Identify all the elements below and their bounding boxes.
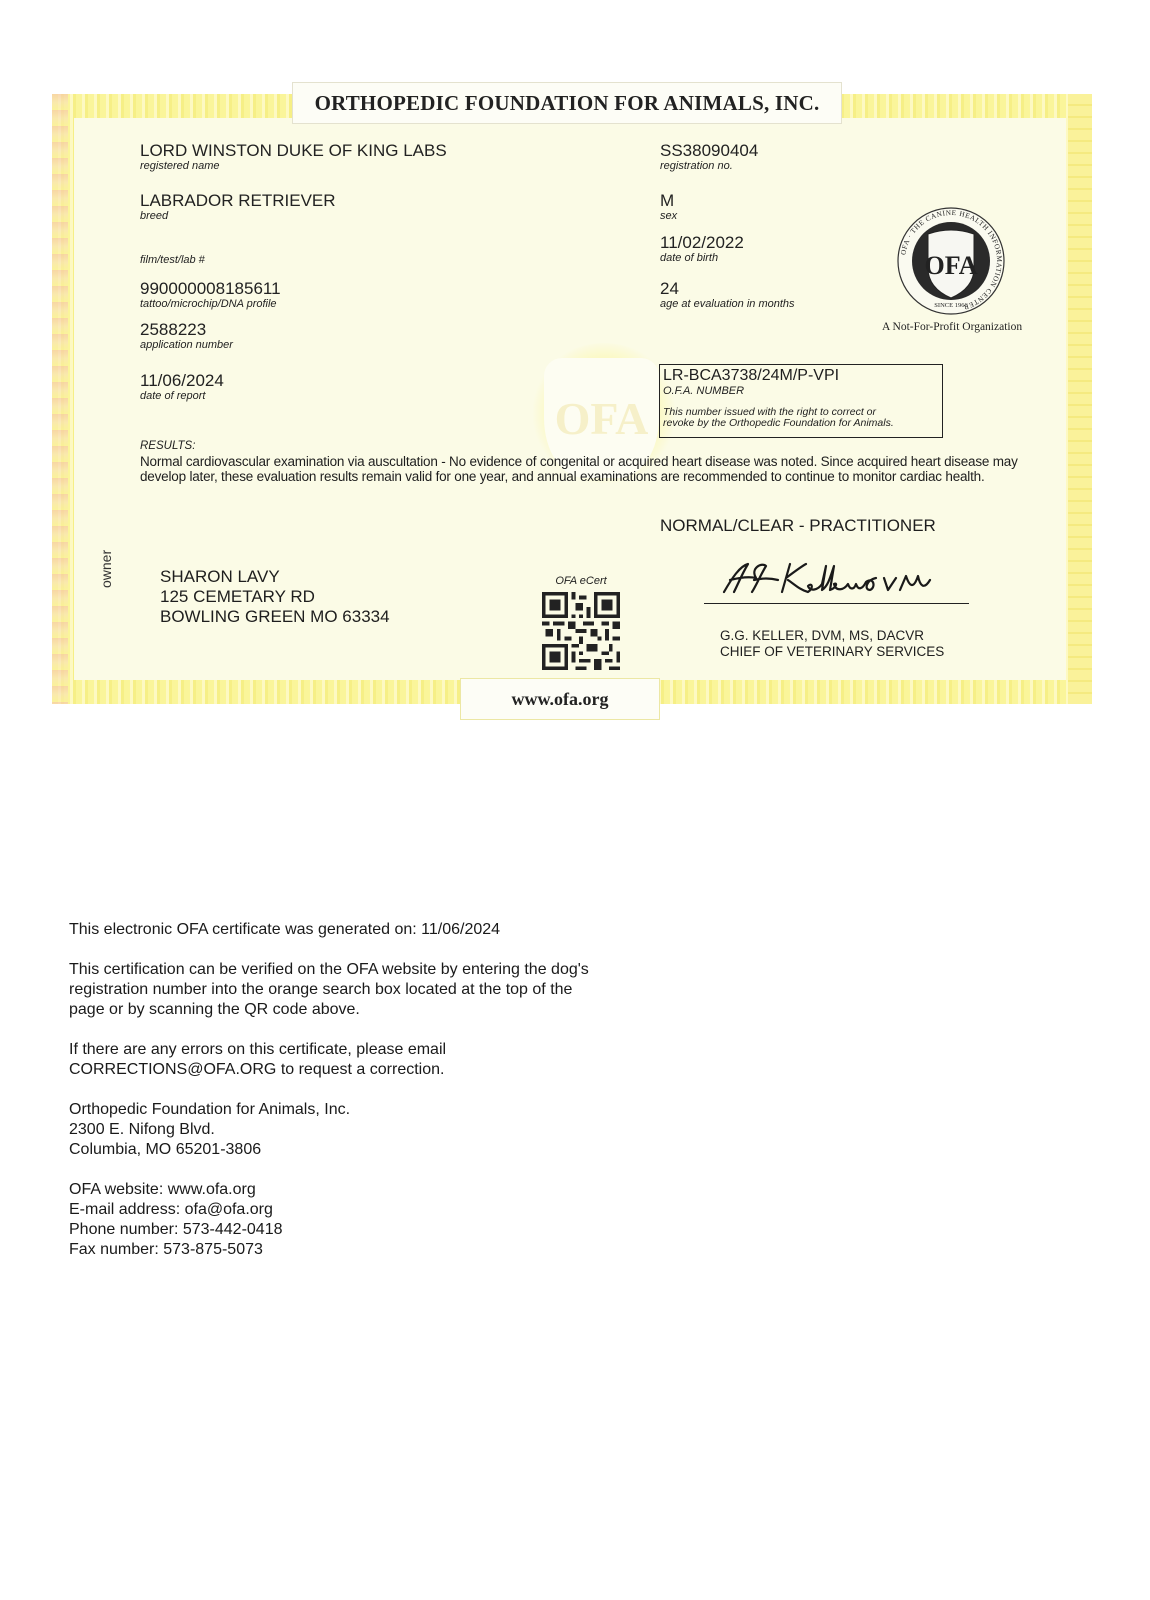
certificate-body: OFA LORD WINSTON DUKE OF KING LABS regis… bbox=[74, 118, 1066, 680]
certificate-title: ORTHOPEDIC FOUNDATION FOR ANIMALS, INC. bbox=[292, 82, 842, 124]
signatory-name: G.G. KELLER, DVM, MS, DACVR bbox=[720, 628, 984, 644]
seal-caption: A Not-For-Profit Organization bbox=[882, 321, 1022, 333]
org-name: Orthopedic Foundation for Animals, Inc. bbox=[69, 1100, 589, 1120]
org-contact: OFA website: www.ofa.org E-mail address:… bbox=[69, 1180, 589, 1260]
result-status: NORMAL/CLEAR - PRACTITIONER bbox=[660, 516, 936, 536]
field-sex: M sex bbox=[660, 192, 677, 222]
qr-code-icon[interactable] bbox=[542, 592, 620, 670]
org-phone: Phone number: 573-442-0418 bbox=[69, 1220, 589, 1240]
film-test-lab-label: film/test/lab # bbox=[140, 254, 205, 266]
owner-name: SHARON LAVY bbox=[160, 567, 390, 587]
verify-note: This certification can be verified on th… bbox=[69, 960, 589, 1020]
border-left-decoration bbox=[52, 94, 68, 704]
field-breed: LABRADOR RETRIEVER breed bbox=[140, 192, 336, 222]
application-number-value: 2588223 bbox=[140, 321, 233, 339]
owner-address-line1: 125 CEMETARY RD bbox=[160, 587, 390, 607]
age-months-label: age at evaluation in months bbox=[660, 298, 795, 310]
registration-no-value: SS38090404 bbox=[660, 142, 758, 160]
film-test-lab-value bbox=[140, 236, 205, 254]
field-microchip: 990000008185611 tattoo/microchip/DNA pro… bbox=[140, 280, 281, 310]
errors-note: If there are any errors on this certific… bbox=[69, 1040, 589, 1080]
ofa-number-note-line2: revoke by the Orthopedic Foundation for … bbox=[663, 418, 942, 429]
breed-value: LABRADOR RETRIEVER bbox=[140, 192, 336, 210]
owner-address-line2: BOWLING GREEN MO 63334 bbox=[160, 607, 390, 627]
svg-text:SINCE 1966: SINCE 1966 bbox=[934, 302, 968, 309]
org-email[interactable]: E-mail address: ofa@ofa.org bbox=[69, 1200, 589, 1220]
org-street: 2300 E. Nifong Blvd. bbox=[69, 1120, 589, 1140]
application-number-label: application number bbox=[140, 339, 233, 351]
results-label: RESULTS: bbox=[140, 440, 195, 452]
org-website[interactable]: OFA website: www.ofa.org bbox=[69, 1180, 589, 1200]
field-date-of-birth: 11/02/2022 date of birth bbox=[660, 234, 744, 264]
svg-text:OFA: OFA bbox=[925, 251, 978, 280]
errors-line1: If there are any errors on this certific… bbox=[69, 1040, 589, 1060]
ofa-seal-icon: OFA OFA · THE CANINE HEALTH INFORMATION … bbox=[896, 206, 1006, 316]
org-address: Orthopedic Foundation for Animals, Inc. … bbox=[69, 1100, 589, 1160]
owner-label: owner bbox=[98, 550, 114, 588]
errors-line2: CORRECTIONS@OFA.ORG to request a correct… bbox=[69, 1060, 589, 1080]
footer-info: This electronic OFA certificate was gene… bbox=[69, 920, 589, 1280]
field-registered-name: LORD WINSTON DUKE OF KING LABS registere… bbox=[140, 142, 447, 172]
org-city: Columbia, MO 65201-3806 bbox=[69, 1140, 589, 1160]
date-of-birth-value: 11/02/2022 bbox=[660, 234, 744, 252]
signatory-info: G.G. KELLER, DVM, MS, DACVR CHIEF OF VET… bbox=[720, 628, 984, 660]
field-application-number: 2588223 application number bbox=[140, 321, 233, 351]
field-date-of-report: 11/06/2024 date of report bbox=[140, 372, 224, 402]
ofa-number-label: O.F.A. NUMBER bbox=[663, 385, 942, 397]
website-badge[interactable]: www.ofa.org bbox=[460, 678, 660, 720]
signature-icon bbox=[704, 558, 974, 596]
microchip-value: 990000008185611 bbox=[140, 280, 281, 298]
ofa-number-box: LR-BCA3738/24M/P-VPI O.F.A. NUMBER This … bbox=[659, 364, 943, 438]
border-right-decoration bbox=[1068, 94, 1092, 704]
registered-name-value: LORD WINSTON DUKE OF KING LABS bbox=[140, 142, 447, 160]
org-fax: Fax number: 573-875-5073 bbox=[69, 1240, 589, 1260]
date-of-report-value: 11/06/2024 bbox=[140, 372, 224, 390]
date-of-birth-label: date of birth bbox=[660, 252, 744, 264]
signature-block: G.G. KELLER, DVM, MS, DACVR CHIEF OF VET… bbox=[704, 558, 984, 660]
qr-top-caption: OFA eCert bbox=[526, 575, 636, 588]
breed-label: breed bbox=[140, 210, 336, 222]
ofa-number-note: This number issued with the right to cor… bbox=[663, 407, 942, 429]
sex-label: sex bbox=[660, 210, 677, 222]
microchip-label: tattoo/microchip/DNA profile bbox=[140, 298, 281, 310]
owner-address-block: SHARON LAVY 125 CEMETARY RD BOWLING GREE… bbox=[160, 567, 390, 627]
results-text: Normal cardiovascular examination via au… bbox=[140, 454, 1065, 484]
registered-name-label: registered name bbox=[140, 160, 447, 172]
age-months-value: 24 bbox=[660, 280, 795, 298]
field-age-months: 24 age at evaluation in months bbox=[660, 280, 795, 310]
field-registration-no: SS38090404 registration no. bbox=[660, 142, 758, 172]
field-film-test-lab: film/test/lab # bbox=[140, 236, 205, 266]
signature-line bbox=[704, 603, 969, 604]
certificate: OFA LORD WINSTON DUKE OF KING LABS regis… bbox=[52, 94, 1092, 704]
date-of-report-label: date of report bbox=[140, 390, 224, 402]
generated-note: This electronic OFA certificate was gene… bbox=[69, 920, 589, 940]
registration-no-label: registration no. bbox=[660, 160, 758, 172]
sex-value: M bbox=[660, 192, 677, 210]
watermark-text: OFA bbox=[555, 392, 649, 445]
ofa-number-value: LR-BCA3738/24M/P-VPI bbox=[663, 367, 942, 385]
signatory-title: CHIEF OF VETERINARY SERVICES bbox=[720, 644, 984, 660]
qr-block: OFA eCert Verify QR s bbox=[526, 575, 636, 690]
